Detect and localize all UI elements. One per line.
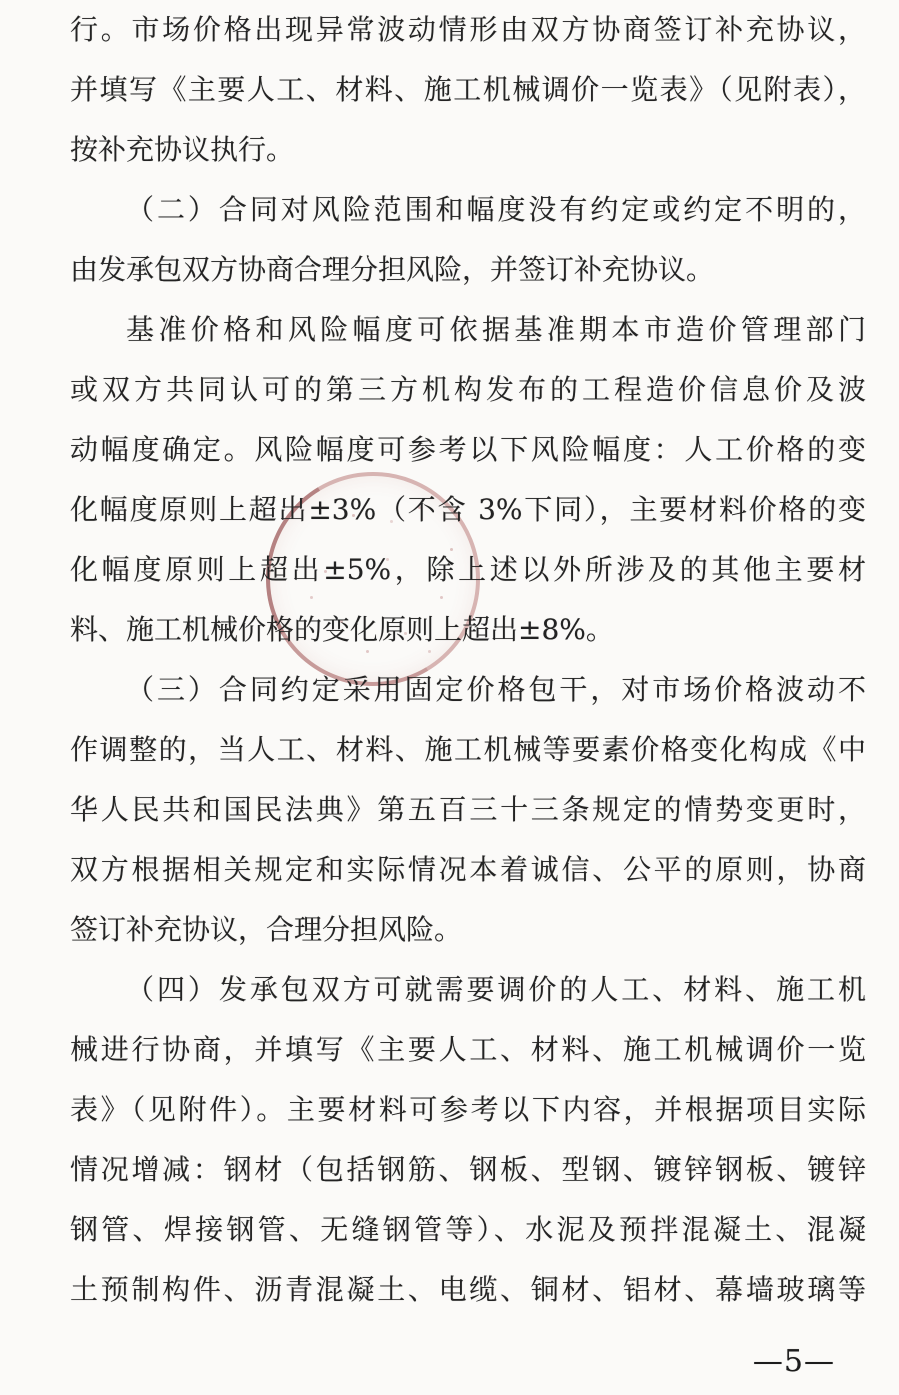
text-line: 行。市场价格出现异常波动情形由双方协商签订补充协议， [70,0,866,60]
text-line: 化幅度原则上超出±3%（不含 3%下同），主要材料价格的变 [70,480,866,540]
text-line: 双方根据相关规定和实际情况本着诚信、公平的原则，协商 [70,840,866,900]
text-line: 签订补充协议，合理分担风险。 [70,900,866,960]
text-line: 并填写《主要人工、材料、施工机械调价一览表》（见附表）， [70,60,866,120]
text-line: 或双方共同认可的第三方机构发布的工程造价信息价及波 [70,360,866,420]
text-line: 化幅度原则上超出±5%，除上述以外所涉及的其他主要材 [70,540,866,600]
text-line: 作调整的，当人工、材料、施工机械等要素价格变化构成《中 [70,720,866,780]
text-line: 钢管、焊接钢管、无缝钢管等）、水泥及预拌混凝土、混凝 [70,1200,866,1260]
text-line: 按补充协议执行。 [70,120,866,180]
text-line: 料、施工机械价格的变化原则上超出±8%。 [70,600,866,660]
text-line: 械进行协商，并填写《主要人工、材料、施工机械调价一览 [70,1020,866,1080]
text-line: 表》（见附件）。主要材料可参考以下内容，并根据项目实际 [70,1080,866,1140]
page-number: —5— [753,1340,835,1384]
document-body: 行。市场价格出现异常波动情形由双方协商签订补充协议，并填写《主要人工、材料、施工… [70,0,866,1320]
text-line: 由发承包双方协商合理分担风险，并签订补充协议。 [70,240,866,300]
text-line: （四）发承包双方可就需要调价的人工、材料、施工机 [70,960,866,1020]
text-line: （三）合同约定采用固定价格包干，对市场价格波动不 [70,660,866,720]
text-line: 动幅度确定。风险幅度可参考以下风险幅度：人工价格的变 [70,420,866,480]
text-line: 土预制构件、沥青混凝土、电缆、铜材、铝材、幕墙玻璃等 [70,1260,866,1320]
text-line: （二）合同对风险范围和幅度没有约定或约定不明的， [70,180,866,240]
text-line: 基准价格和风险幅度可依据基准期本市造价管理部门 [70,300,866,360]
text-line: 情况增减：钢材（包括钢筋、钢板、型钢、镀锌钢板、镀锌 [70,1140,866,1200]
text-line: 华人民共和国民法典》第五百三十三条规定的情势变更时， [70,780,866,840]
